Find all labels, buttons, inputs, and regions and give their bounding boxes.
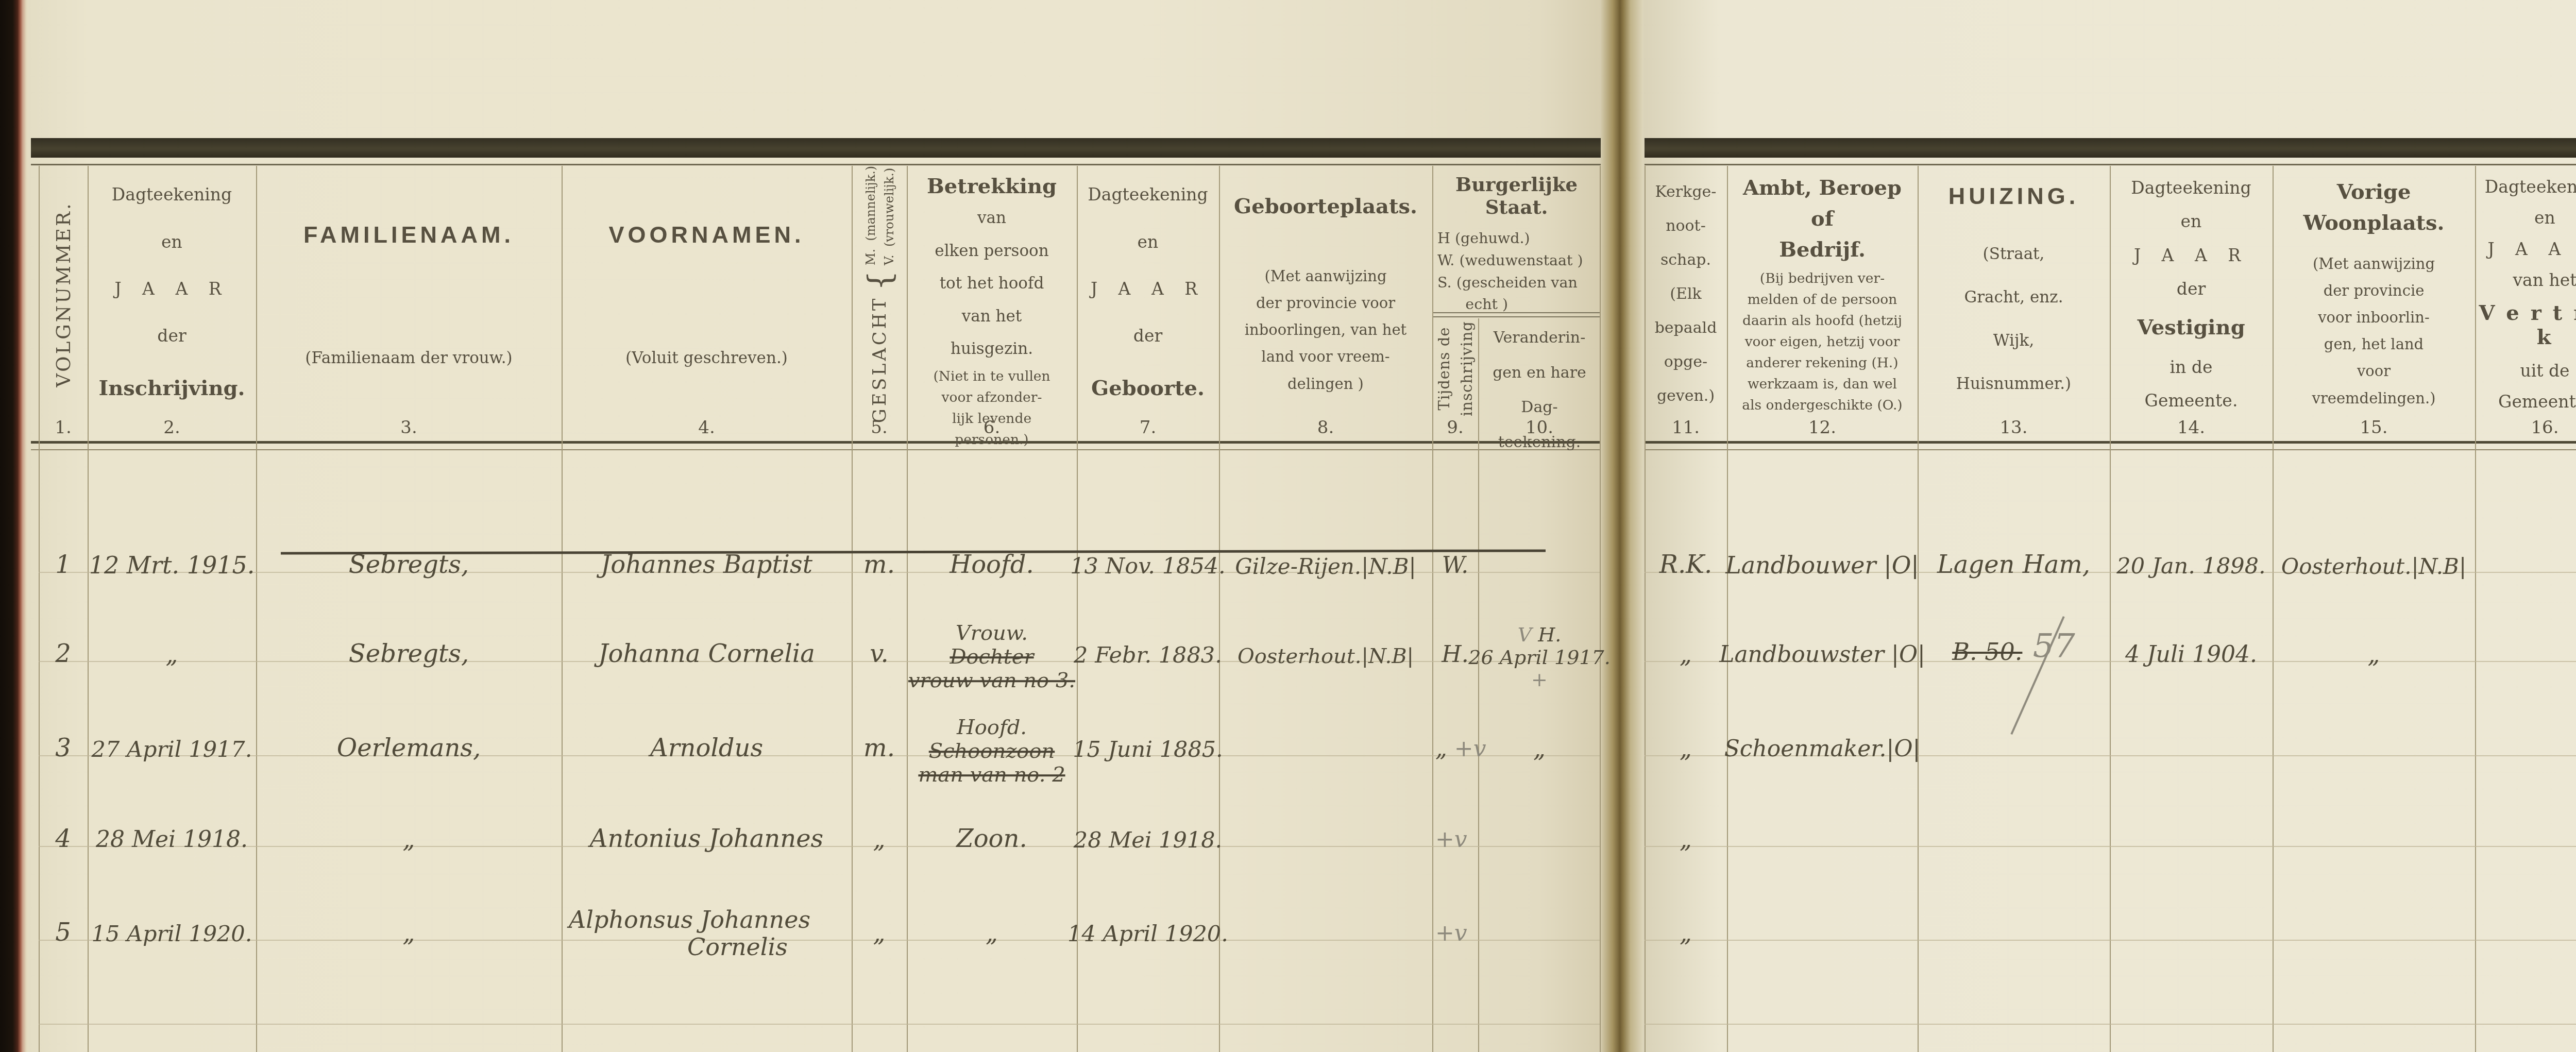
column-rule — [256, 166, 257, 1052]
table-top-rule — [1645, 164, 2576, 165]
header-col-4: VOORNAMEN.(Voluit geschreven.) — [564, 171, 850, 417]
cell-r1-c13: Lagen Ham, — [1904, 551, 2123, 579]
column-number-8: 8. — [1219, 417, 1432, 438]
header-col-2: DagteekeningenJ A A RderInschrijving. — [90, 171, 254, 417]
handwritten-text: „ — [1680, 735, 1692, 762]
bs-divider — [1433, 312, 1600, 313]
cell-r5-c6: „ — [893, 920, 1090, 947]
handwritten-text: 1 — [55, 550, 71, 579]
column-number-13: 13. — [1918, 417, 2110, 438]
column-number-10: 10. — [1478, 417, 1601, 438]
header-col-5: GESLACHT{M. (mannelijk.) V. (vrouwelijk.… — [852, 171, 907, 417]
handwritten-text: Johannes Baptist — [601, 550, 812, 579]
handwritten-text: vrouw van no 3. — [908, 669, 1075, 692]
header-col-15: Vorige Woonplaats.(Met aanwijzing der pr… — [2275, 171, 2473, 417]
column-rule — [1219, 166, 1220, 1052]
handwritten-text: Zoon. — [956, 824, 1027, 853]
cell-r5-c7: 14 April 1920. — [1063, 922, 1232, 947]
handwritten-text: H. — [1538, 623, 1561, 646]
handwritten-text: „ — [1680, 919, 1692, 947]
column-number-5: 5. — [852, 417, 907, 438]
column-rule — [2475, 166, 2476, 1052]
header-col-14: DagteekeningenJ A A RderVestigingin deGe… — [2112, 171, 2270, 417]
header-col-10: Veranderin- gen en hare Dag- teekening. — [1480, 320, 1599, 417]
burgerlijke-staat-title: Burgerlijke Staat. — [1433, 173, 1600, 218]
cell-r4-c2: 28 Mei 1918. — [74, 827, 269, 853]
header-text: J A A R — [2487, 239, 2576, 259]
header-text: uit de — [2520, 361, 2569, 381]
cell-r2-c13: B. 50. 57 — [1904, 630, 2123, 668]
handwritten-text: B. 50. — [1952, 638, 2022, 666]
cell-r1-c2: 12 Mrt. 1915. — [74, 552, 269, 579]
header-text: J A A R — [1091, 279, 1205, 299]
cell-r5-c11: „ — [1631, 920, 1740, 947]
handwritten-text: 28 Mei 1918. — [96, 826, 248, 853]
pencil-mark: +v — [1435, 920, 1467, 946]
header-text: Veranderin- gen en hare Dag- teekening. — [1493, 320, 1586, 460]
handwritten-text: „ — [873, 919, 886, 947]
header-col-16: DagteekeningenJ A A Rvan hetV e r t r e … — [2477, 171, 2576, 417]
handwritten-text: m. — [863, 550, 895, 579]
header-col-13: HUIZING.(Straat, Gracht, enz. Wijk, Huis… — [1920, 171, 2108, 417]
pencil-mark: +v — [1435, 826, 1467, 853]
column-rule — [2110, 166, 2111, 1052]
handwritten-text: Sebregts, — [349, 639, 469, 668]
cell-r2-c3: Sebregts, — [243, 640, 575, 668]
handwritten-text: „ — [1680, 825, 1692, 853]
header-vertical-text: VOLGNUMMER. — [39, 171, 88, 417]
row-guide-line — [1645, 940, 2576, 941]
handwritten-text: 27 April 1917. — [92, 737, 252, 762]
header-col-9: Tijdens de inschrijving — [1432, 319, 1478, 417]
column-number-11: 11. — [1645, 417, 1727, 438]
header-text: der — [1133, 326, 1162, 346]
header-col-3: FAMILIENAAM.(Familienaam der vrouw.) — [258, 171, 560, 417]
handwritten-text: „ — [1680, 640, 1692, 668]
cell-r4-c6: Zoon. — [893, 825, 1090, 853]
header-col-8: Geboorteplaats.(Met aanwijzing der provi… — [1221, 171, 1430, 417]
pencil-mark: + — [1531, 668, 1548, 691]
book-fold-gutter — [1601, 0, 1643, 1052]
cell-r1-c15: Oosterhout.|N.B| — [2259, 554, 2488, 579]
column-rule — [1645, 166, 1646, 1052]
cell-r1-c8: Gilze-Rijen.|N.B| — [1206, 554, 1446, 579]
header-text: en — [2181, 211, 2202, 231]
header-text: en — [2534, 208, 2555, 228]
column-number-15: 15. — [2273, 417, 2475, 438]
header-text: VOORNAMEN. — [608, 222, 804, 248]
header-text: en — [161, 232, 182, 252]
cell-r4-c3: „ — [243, 826, 575, 853]
header-text: Vestiging — [2137, 312, 2245, 343]
column-number-3: 3. — [256, 417, 562, 438]
handwritten-text: Johanna Cornelia — [598, 639, 815, 668]
cell-r1-c12: Landbouwer |O| — [1714, 552, 1931, 579]
pencil-mark: V — [1518, 623, 1538, 646]
handwritten-text: Arnoldus — [650, 734, 763, 762]
cell-r2-c12: Landbouwster |O| — [1714, 642, 1931, 668]
header-vertical-text: GESLACHT{M. (mannelijk.) V. (vrouwelijk.… — [852, 171, 907, 417]
cell-r3-c2: 27 April 1917. — [74, 737, 269, 762]
handwritten-text: Oosterhout.|N.B| — [2281, 554, 2466, 579]
handwritten-text: 4 — [55, 824, 71, 853]
header-col-6: Betrekkingvan elken persoon tot het hoof… — [909, 171, 1075, 417]
left-page — [28, 0, 1601, 1052]
handwritten-text: Lagen Ham, — [1937, 550, 2090, 579]
handwritten-text: Hoofd. — [957, 716, 1027, 739]
header-vertical-text: Tijdens de inschrijving — [1432, 319, 1478, 417]
header-text: FAMILIENAAM. — [303, 222, 514, 248]
cell-r2-c6: Vrouw.Dochtervrouw van no 3. — [893, 621, 1090, 692]
row-guide-line — [39, 1024, 1600, 1025]
brace-glyph: { — [860, 270, 898, 291]
handwritten-text: Landbouwster |O| — [1719, 641, 1925, 668]
handwritten-text: 20 Jan. 1898. — [2116, 553, 2265, 579]
column-number-16: 16. — [2475, 417, 2576, 438]
column-number-9: 9. — [1432, 417, 1478, 438]
book-spine-edge — [0, 0, 28, 1052]
header-text: V e r t r e k — [2477, 301, 2576, 349]
handwritten-text: „ — [1435, 736, 1454, 762]
cell-r3-c6: Hoofd.Schoonzoonman van no. 2 — [893, 716, 1090, 787]
handwritten-text: 5 — [55, 918, 71, 947]
header-text: Dagteekening — [1088, 184, 1208, 205]
pencil-mark: 57 — [2022, 626, 2075, 665]
column-number-4: 4. — [562, 417, 852, 438]
cell-r3-c10: „ — [1465, 735, 1614, 762]
handwritten-text: „ — [403, 825, 415, 853]
column-rule — [1432, 166, 1433, 1052]
cell-r4-c7: 28 Mei 1918. — [1063, 828, 1232, 853]
cell-r5-c3: „ — [243, 920, 575, 947]
column-rule — [1600, 166, 1601, 1052]
header-text: (Voluit geschreven.) — [625, 349, 788, 367]
handwritten-text: „ — [166, 640, 178, 668]
header-text: (Met aanwijzing der provincie voor inboo… — [1245, 263, 1406, 397]
header-col-11: Kerkge- noot- schap. (Elk bepaald opge- … — [1647, 171, 1725, 417]
header-text: Dagteekening — [2485, 177, 2576, 197]
table-top-rule — [31, 164, 1601, 165]
handwritten-text: 14 April 1920. — [1067, 921, 1228, 947]
handwritten-text: man van no. 2 — [918, 763, 1065, 787]
header-col-1: VOLGNUMMER. — [39, 171, 88, 417]
handwritten-text: m. — [863, 734, 895, 762]
cell-r5-c2: 15 April 1920. — [74, 922, 269, 947]
column-rule — [1918, 166, 1919, 1052]
header-text: J A A R — [114, 279, 229, 299]
handwritten-text: Vrouw. — [956, 621, 1028, 645]
handwritten-text: Schoonzoon — [929, 739, 1055, 763]
handwritten-text: Antonius Johannes — [590, 824, 823, 853]
handwritten-text: 26 April 1917. — [1468, 646, 1611, 668]
cell-r2-c14: 4 Juli 1904. — [2096, 642, 2286, 668]
handwritten-text: R.K. — [1659, 550, 1713, 579]
header-text: der — [157, 326, 186, 346]
cell-r4-c11: „ — [1631, 826, 1740, 853]
handwritten-text: 15 Juni 1885. — [1073, 737, 1223, 762]
header-text: der — [2177, 279, 2206, 299]
table-top-border — [1645, 138, 2576, 158]
handwritten-text: Oerlemans, — [337, 734, 481, 762]
header-text: van elken persoon tot het hoofd van het … — [935, 202, 1048, 366]
cell-r5-c9: +v — [1435, 921, 1590, 947]
cell-r1-c4: Johannes Baptist — [548, 551, 865, 579]
cell-r5-c4: Alphonsus JohannesCornelis — [548, 906, 886, 961]
cell-r4-c4: Antonius Johannes — [548, 825, 865, 853]
handwritten-text: „ — [2368, 640, 2380, 668]
header-text: J A A R — [2134, 245, 2248, 265]
column-number-14: 14. — [2110, 417, 2273, 438]
cell-r2-c4: Johanna Cornelia — [548, 640, 865, 668]
handwritten-text: Schoenmaker.|O| — [1724, 736, 1921, 762]
header-text: (Straat, Gracht, enz. Wijk, Huisnummer.) — [1956, 233, 2071, 405]
header-text: (Met aanwijzing der provincie voor inboo… — [2312, 250, 2436, 412]
cell-r3-c12: Schoenmaker.|O| — [1714, 736, 1931, 762]
handwritten-text: „ — [403, 919, 415, 947]
handwritten-text: Landbouwer |O| — [1725, 551, 1919, 579]
handwritten-text: „ — [873, 825, 886, 853]
cell-r1-c6: Hoofd. — [893, 551, 1090, 579]
column-number-2: 2. — [88, 417, 256, 438]
handwritten-text: 3 — [55, 734, 71, 762]
handwritten-text: 28 Mei 1918. — [1074, 827, 1222, 853]
handwritten-text: Oosterhout.|N.B| — [1238, 644, 1414, 668]
header-text: Betrekking — [927, 171, 1057, 202]
handwritten-text: 12 Mrt. 1915. — [89, 551, 255, 579]
header-text: Geboorteplaats. — [1234, 191, 1417, 222]
handwritten-text: 4 Juli 1904. — [2125, 641, 2257, 668]
header-text: Inschrijving. — [99, 373, 245, 404]
row-guide-line — [1645, 1024, 2576, 1025]
burgerlijke-staat-legend: H (gehuwd.) W. (weduwenstaat ) S. (gesch… — [1437, 228, 1600, 316]
burgerlijke-staat-header: Burgerlijke Staat. H (gehuwd.) W. (weduw… — [1433, 173, 1600, 316]
handwritten-text: 15 April 1920. — [92, 921, 252, 947]
cell-r2-c10: V H.26 April 1917.+ — [1465, 624, 1614, 691]
cell-r2-c2: „ — [74, 641, 269, 668]
cell-r2-c15: „ — [2259, 641, 2488, 668]
handwritten-text: W. — [1442, 552, 1469, 579]
row-guide-line — [1645, 846, 2576, 847]
handwritten-text: 13 Nov. 1854. — [1070, 553, 1226, 579]
header-text: Gemeente. — [2498, 392, 2576, 412]
handwritten-text: Dochter — [950, 645, 1033, 669]
header-col-7: DagteekeningenJ A A RderGeboorte. — [1079, 171, 1217, 417]
header-text: HUIZING. — [1948, 183, 2079, 210]
cell-r2-c8: Oosterhout.|N.B| — [1206, 644, 1446, 668]
header-text: Geboorte. — [1091, 373, 1205, 404]
column-rule — [1727, 166, 1728, 1052]
header-text: (Familienaam der vrouw.) — [305, 349, 512, 367]
header-text: in de — [2170, 357, 2213, 377]
handwritten-text: v. — [870, 639, 889, 668]
header-text: Dagteekening — [2131, 178, 2251, 198]
handwritten-text: Gilze-Rijen.|N.B| — [1235, 554, 1416, 579]
cell-r1-c9: W. — [1419, 553, 1492, 579]
bs-divider2 — [1433, 316, 1600, 317]
header-text: Kerkge- noot- schap. (Elk bepaald opge- … — [1655, 175, 1717, 413]
header-text: Vorige Woonplaats. — [2303, 177, 2444, 239]
header-text: Ambt, Beroep of Bedrijf. — [1729, 173, 1916, 265]
header-text: van het — [2513, 270, 2576, 290]
header-text: Dagteekening — [112, 184, 232, 205]
column-number-1: 1. — [39, 417, 88, 438]
column-rule — [2273, 166, 2274, 1052]
handwritten-text: „ — [986, 919, 998, 947]
register-book-scan: Nummer van het blad 169 Burgerlijke Staa… — [0, 0, 2576, 1052]
header-text: Gemeente. — [2145, 391, 2238, 411]
cell-r3-c4: Arnoldus — [548, 734, 865, 762]
cell-r1-c14: 20 Jan. 1898. — [2096, 554, 2286, 579]
header-bottom-rule — [31, 441, 1601, 444]
header-text: (Bij bedrijven ver- melden of de persoon… — [1742, 268, 1902, 416]
handwritten-text: 2 — [55, 639, 71, 668]
cell-r3-c7: 15 Juni 1885. — [1063, 737, 1232, 762]
column-number-6: 6. — [907, 417, 1077, 438]
header-col-12: Ambt, Beroep of Bedrijf.(Bij bedrijven v… — [1729, 171, 1916, 417]
cell-r4-c9: +v — [1435, 827, 1590, 853]
cell-r1-c3: Sebregts, — [243, 551, 575, 579]
handwritten-text: Hoofd. — [950, 550, 1033, 579]
column-number-12: 12. — [1727, 417, 1918, 438]
cell-r3-c3: Oerlemans, — [243, 734, 575, 762]
table-top-border — [31, 138, 1601, 158]
handwritten-text: „ — [1533, 735, 1546, 762]
handwritten-text: Alphonsus Johannes — [569, 906, 810, 934]
handwritten-text: 2 Febr. 1883. — [1074, 642, 1222, 668]
header-bottom-rule2 — [31, 449, 1601, 450]
handwritten-text: Cornelis — [687, 933, 788, 961]
column-number-7: 7. — [1077, 417, 1219, 438]
column-rule — [1077, 166, 1078, 1052]
header-text: en — [1138, 232, 1159, 252]
